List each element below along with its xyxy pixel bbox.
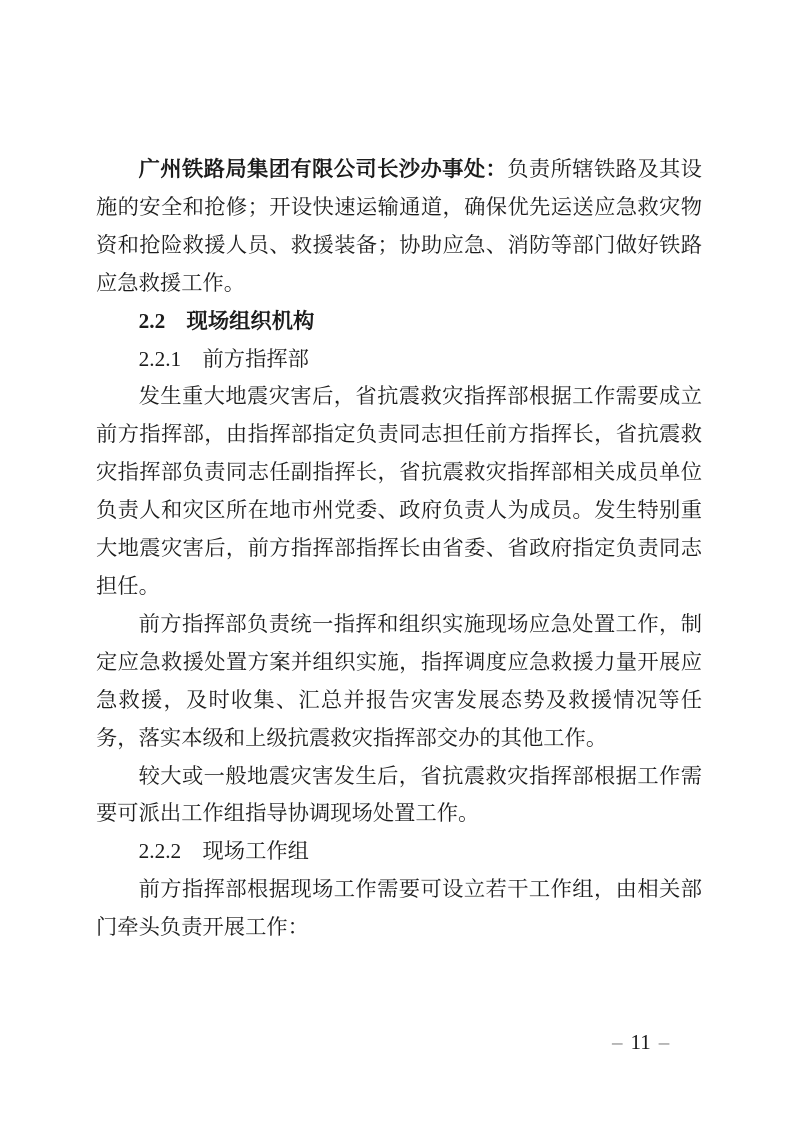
paragraph-site-workgroups: 前方指挥部根据现场工作需要可设立若干工作组，由相关部门牵头负责开展工作： bbox=[96, 871, 702, 947]
paragraph-front-command-duties: 前方指挥部负责统一指挥和组织实施现场应急处置工作，制定应急救援处置方案并组织实施… bbox=[96, 606, 702, 758]
heading-title: 现场组织机构 bbox=[187, 309, 315, 333]
page-number: –11– bbox=[612, 1030, 669, 1054]
heading-2-2-1: 2.2.1前方指挥部 bbox=[96, 341, 702, 379]
heading-number: 2.2 bbox=[139, 309, 166, 333]
page-number-dash-left: – bbox=[612, 1030, 623, 1054]
bold-lead: 广州铁路局集团有限公司长沙办事处： bbox=[139, 157, 508, 181]
heading-title: 现场工作组 bbox=[202, 839, 309, 863]
paragraph-workgroup-dispatch: 较大或一般地震灾害发生后，省抗震救灾指挥部根据工作需要可派出工作组指导协调现场处… bbox=[96, 758, 702, 834]
heading-2-2-2: 2.2.2现场工作组 bbox=[96, 833, 702, 871]
page-number-dash-right: – bbox=[659, 1030, 670, 1054]
heading-number: 2.2.1 bbox=[139, 347, 182, 371]
document-page: 广州铁路局集团有限公司长沙办事处：负责所辖铁路及其设施的安全和抢修；开设快速运输… bbox=[0, 0, 794, 1122]
paragraph-railway-duties: 广州铁路局集团有限公司长沙办事处：负责所辖铁路及其设施的安全和抢修；开设快速运输… bbox=[96, 151, 702, 303]
heading-2-2: 2.2现场组织机构 bbox=[96, 303, 702, 341]
text-block: 广州铁路局集团有限公司长沙办事处：负责所辖铁路及其设施的安全和抢修；开设快速运输… bbox=[96, 151, 702, 947]
paragraph-front-command-setup: 发生重大地震灾害后，省抗震救灾指挥部根据工作需要成立前方指挥部，由指挥部指定负责… bbox=[96, 378, 702, 605]
heading-title: 前方指挥部 bbox=[202, 347, 309, 371]
page-number-value: 11 bbox=[631, 1030, 651, 1054]
heading-number: 2.2.2 bbox=[139, 839, 182, 863]
